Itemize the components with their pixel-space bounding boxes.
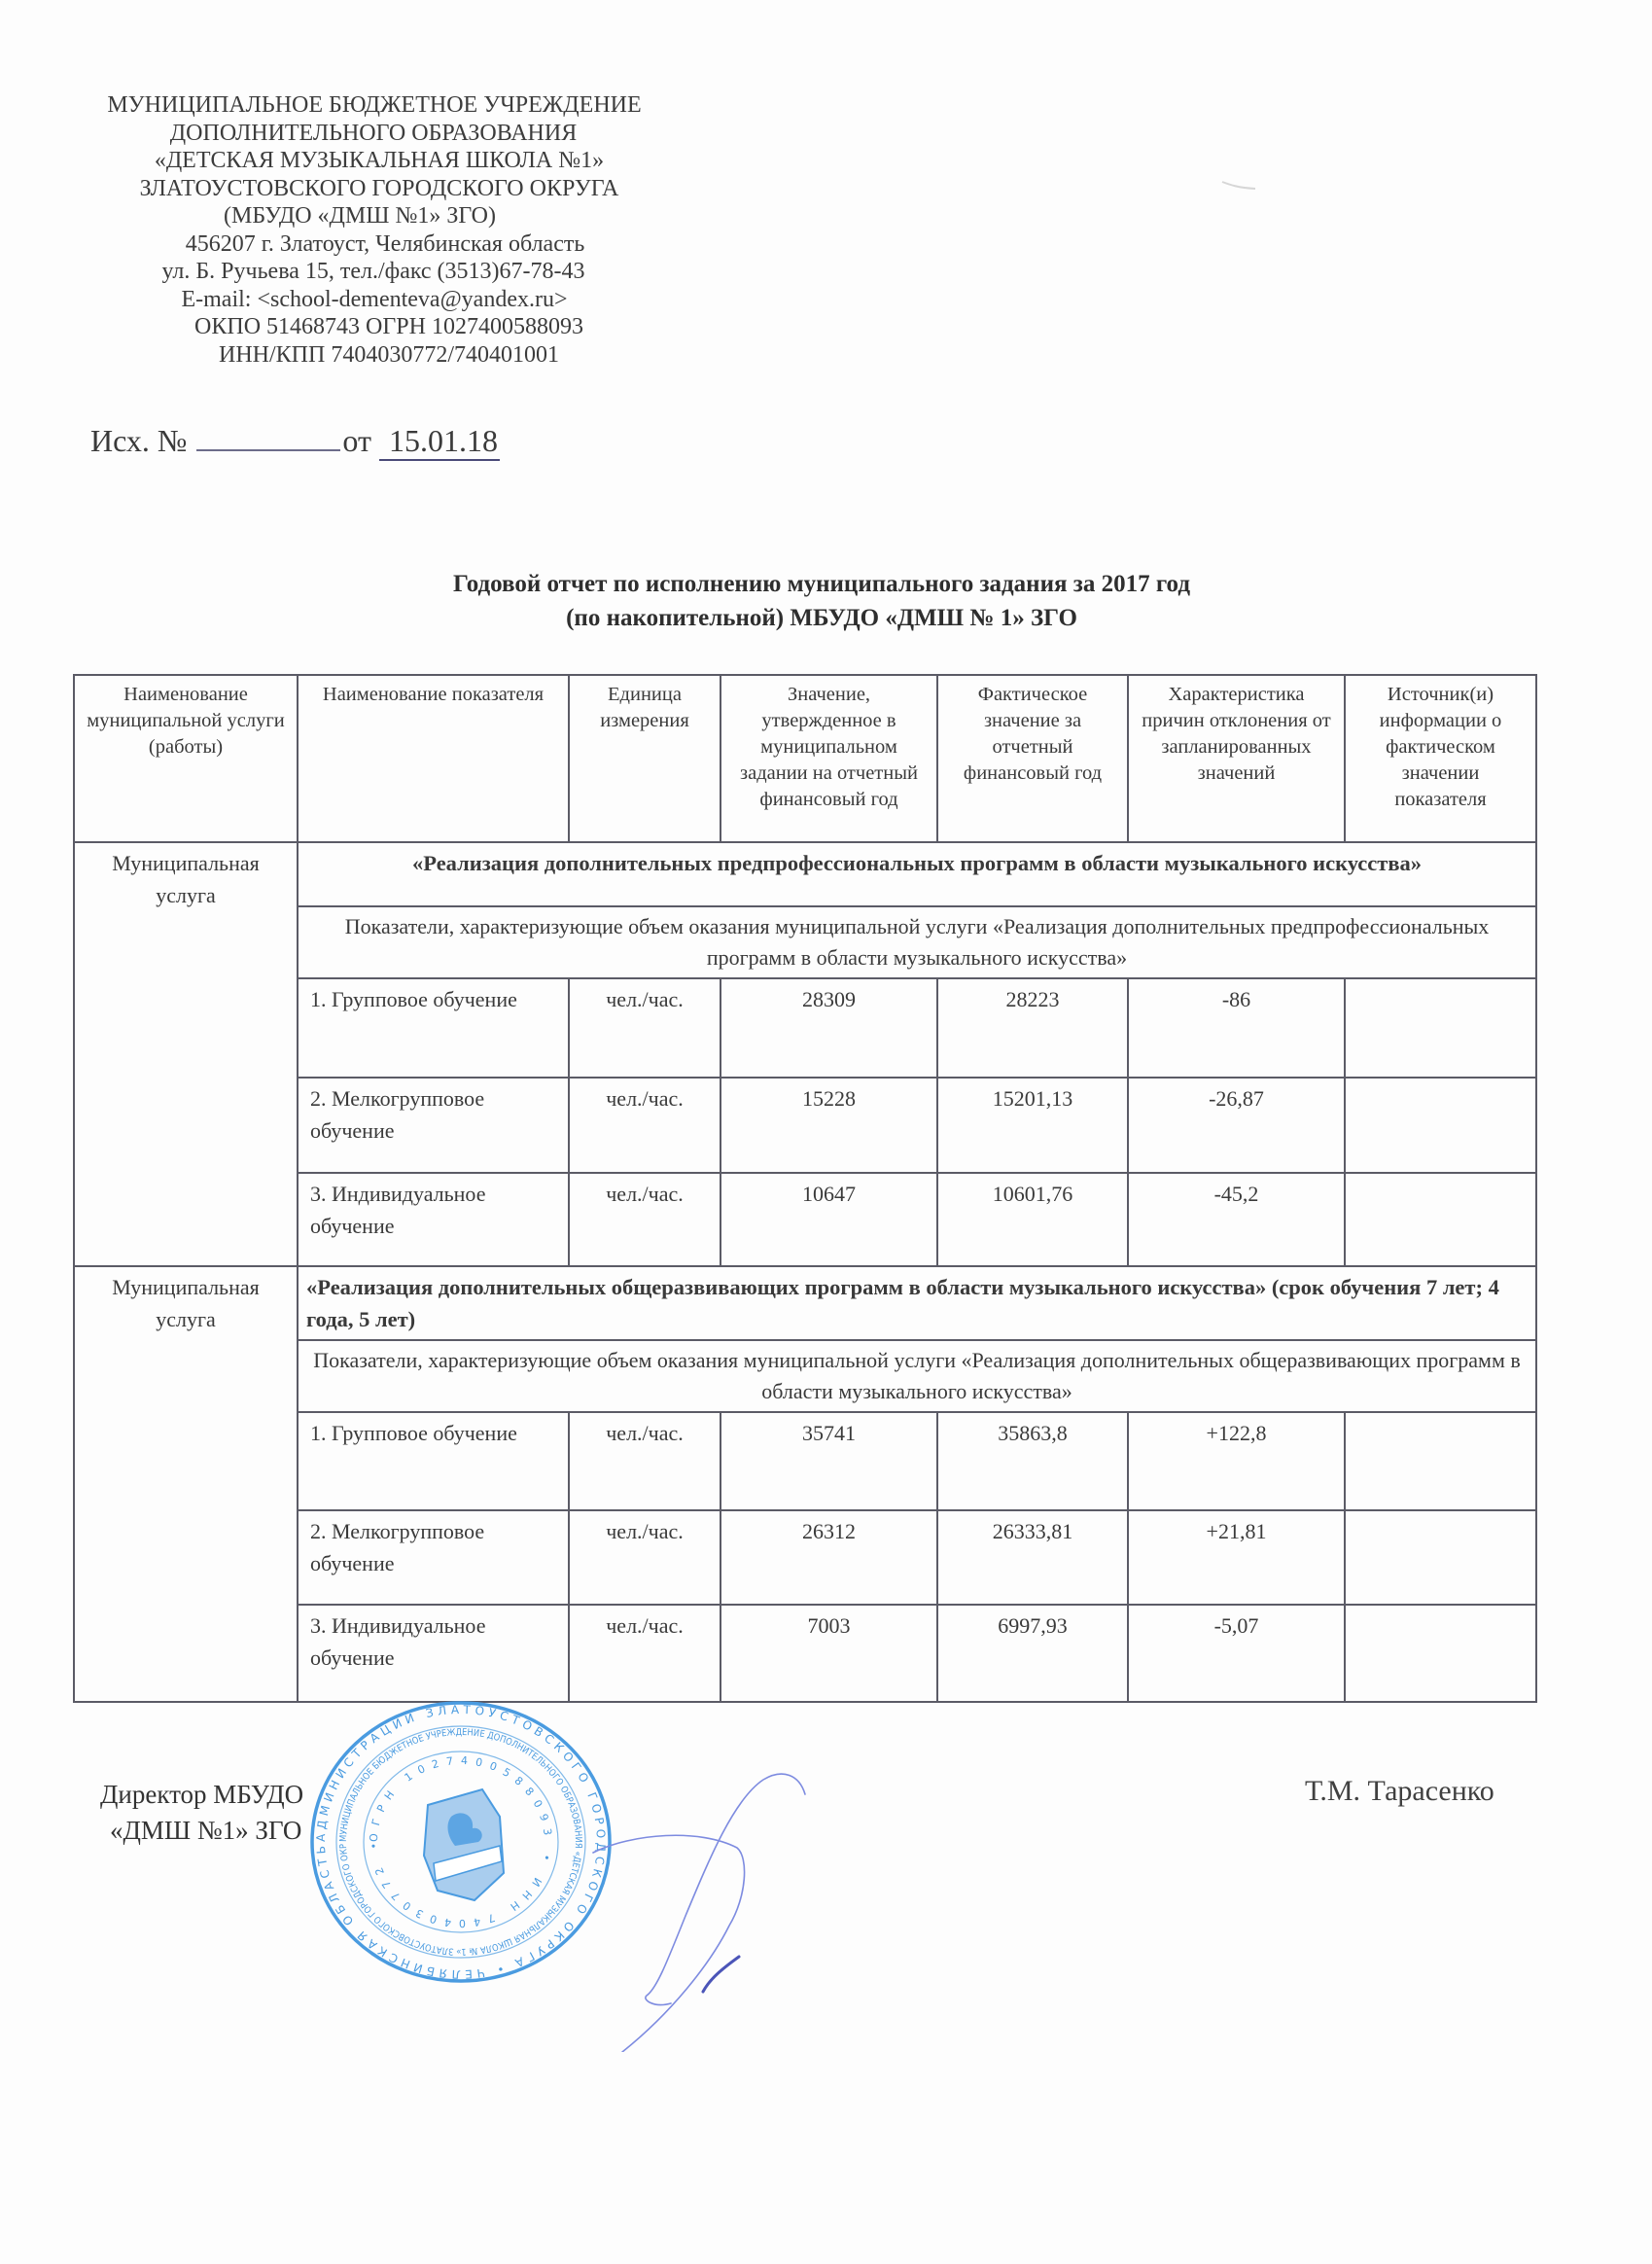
indicator-name: 2. Мелкогрупповое обучение	[298, 1078, 569, 1173]
letterhead-line: (МБУДО «ДМШ №1» ЗГО)	[49, 202, 671, 230]
director-title: Директор МБУДО «ДМШ №1» ЗГО	[100, 1777, 303, 1849]
report-title-line1: Годовой отчет по исполнению муниципально…	[292, 567, 1352, 601]
indicator-unit: чел./час.	[569, 978, 721, 1078]
indicator-unit: чел./час.	[569, 1605, 721, 1702]
planned-value: 15228	[721, 1078, 937, 1173]
planned-value: 28309	[721, 978, 937, 1078]
indicator-name: 1. Групповое обучение	[298, 978, 569, 1078]
letterhead-line: «ДЕТСКАЯ МУЗЫКАЛЬНАЯ ШКОЛА №1»	[88, 147, 671, 175]
indicator-name: 3. Индивидуальное обучение	[298, 1605, 569, 1702]
planned-value: 26312	[721, 1510, 937, 1605]
director-name: Т.М. Тарасенко	[1305, 1775, 1494, 1808]
report-title: Годовой отчет по исполнению муниципально…	[292, 567, 1352, 635]
deviation-value: -5,07	[1128, 1605, 1345, 1702]
director-position: Директор МБУДО	[100, 1777, 303, 1813]
info-source	[1345, 1412, 1536, 1510]
indicator-unit: чел./час.	[569, 1173, 721, 1266]
director-organization: «ДМШ №1» ЗГО	[110, 1813, 303, 1849]
service-title: «Реализация дополнительных общеразвивающ…	[298, 1266, 1536, 1340]
outgoing-date-label: от	[342, 423, 371, 458]
deviation-value: +122,8	[1128, 1412, 1345, 1510]
service-type-cell: Муниципальная услуга	[74, 1266, 298, 1702]
indicator-name: 3. Индивидуальное обучение	[298, 1173, 569, 1266]
actual-value: 15201,13	[937, 1078, 1128, 1173]
indicator-unit: чел./час.	[569, 1412, 721, 1510]
deviation-value: -86	[1128, 978, 1345, 1078]
coat-of-arms-icon	[424, 1789, 504, 1900]
report-table: Наименование муниципальной услуги (работ…	[73, 674, 1537, 1703]
header-unit: Единица измерения	[569, 675, 721, 842]
letterhead-line: ДОПОЛНИТЕЛЬНОГО ОБРАЗОВАНИЯ	[76, 120, 671, 148]
actual-value: 26333,81	[937, 1510, 1128, 1605]
actual-value: 10601,76	[937, 1173, 1128, 1266]
info-source	[1345, 978, 1536, 1078]
letterhead-line: МУНИЦИПАЛЬНОЕ БЮДЖЕТНОЕ УЧРЕЖДЕНИЕ	[78, 91, 671, 120]
outgoing-number-label: Исх. №	[90, 423, 187, 458]
handwritten-signature	[564, 1741, 856, 2052]
indicator-unit: чел./час.	[569, 1078, 721, 1173]
indicator-unit: чел./час.	[569, 1510, 721, 1605]
header-actual-value: Фактическое значение за отчетный финансо…	[937, 675, 1128, 842]
report-title-line2: (по накопительной) МБУДО «ДМШ № 1» ЗГО	[292, 601, 1352, 635]
header-planned-value: Значение, утвержденное в муниципальном з…	[721, 675, 937, 842]
service-type-cell: Муниципальная услуга	[74, 842, 298, 1266]
letterhead-phone: ул. Б. Ручьева 15, тел./факс (3513)67-78…	[76, 258, 671, 286]
indicator-name: 1. Групповое обучение	[298, 1412, 569, 1510]
document-page: МУНИЦИПАЛЬНОЕ БЮДЖЕТНОЕ УЧРЕЖДЕНИЕ ДОПОЛ…	[0, 0, 1652, 2264]
deviation-value: -26,87	[1128, 1078, 1345, 1173]
indicators-caption: Показатели, характеризующие объем оказан…	[298, 906, 1536, 978]
deviation-value: -45,2	[1128, 1173, 1345, 1266]
info-source	[1345, 1173, 1536, 1266]
planned-value: 35741	[721, 1412, 937, 1510]
table-header-row: Наименование муниципальной услуги (работ…	[74, 675, 1536, 842]
service-title: «Реализация дополнительных предпрофессио…	[298, 842, 1536, 906]
letterhead-inn-kpp: ИНН/КПП 7404030772/740401001	[107, 341, 671, 370]
actual-value: 28223	[937, 978, 1128, 1078]
planned-value: 7003	[721, 1605, 937, 1702]
actual-value: 6997,93	[937, 1605, 1128, 1702]
planned-value: 10647	[721, 1173, 937, 1266]
header-service-name: Наименование муниципальной услуги (работ…	[74, 675, 298, 842]
outgoing-number-field	[196, 420, 340, 451]
letterhead: МУНИЦИПАЛЬНОЕ БЮДЖЕТНОЕ УЧРЕЖДЕНИЕ ДОПОЛ…	[88, 91, 671, 369]
info-source	[1345, 1510, 1536, 1605]
info-source	[1345, 1605, 1536, 1702]
letterhead-line: ЗЛАТОУСТОВСКОГО ГОРОДСКОГО ОКРУГА	[88, 175, 671, 203]
header-deviation-reason: Характеристика причин отклонения от запл…	[1128, 675, 1345, 842]
section-title-row: Муниципальная услуга «Реализация дополни…	[74, 1266, 1536, 1340]
outgoing-reference: Исх. №от15.01.18	[90, 420, 500, 461]
indicator-name: 2. Мелкогрупповое обучение	[298, 1510, 569, 1605]
header-info-source: Источник(и) информации о фактическом зна…	[1345, 675, 1536, 842]
header-indicator-name: Наименование показателя	[298, 675, 569, 842]
section-title-row: Муниципальная услуга «Реализация дополни…	[74, 842, 1536, 906]
letterhead-email: E-mail: <school-dementeva@yandex.ru>	[78, 286, 671, 314]
deviation-value: +21,81	[1128, 1510, 1345, 1605]
outgoing-date-value: 15.01.18	[379, 423, 500, 461]
actual-value: 35863,8	[937, 1412, 1128, 1510]
letterhead-okpo-ogrn: ОКПО 51468743 ОГРН 1027400588093	[107, 313, 671, 341]
scan-artifact	[1220, 180, 1259, 192]
letterhead-address: 456207 г. Златоуст, Челябинская область	[99, 230, 671, 259]
info-source	[1345, 1078, 1536, 1173]
indicators-caption: Показатели, характеризующие объем оказан…	[298, 1340, 1536, 1412]
